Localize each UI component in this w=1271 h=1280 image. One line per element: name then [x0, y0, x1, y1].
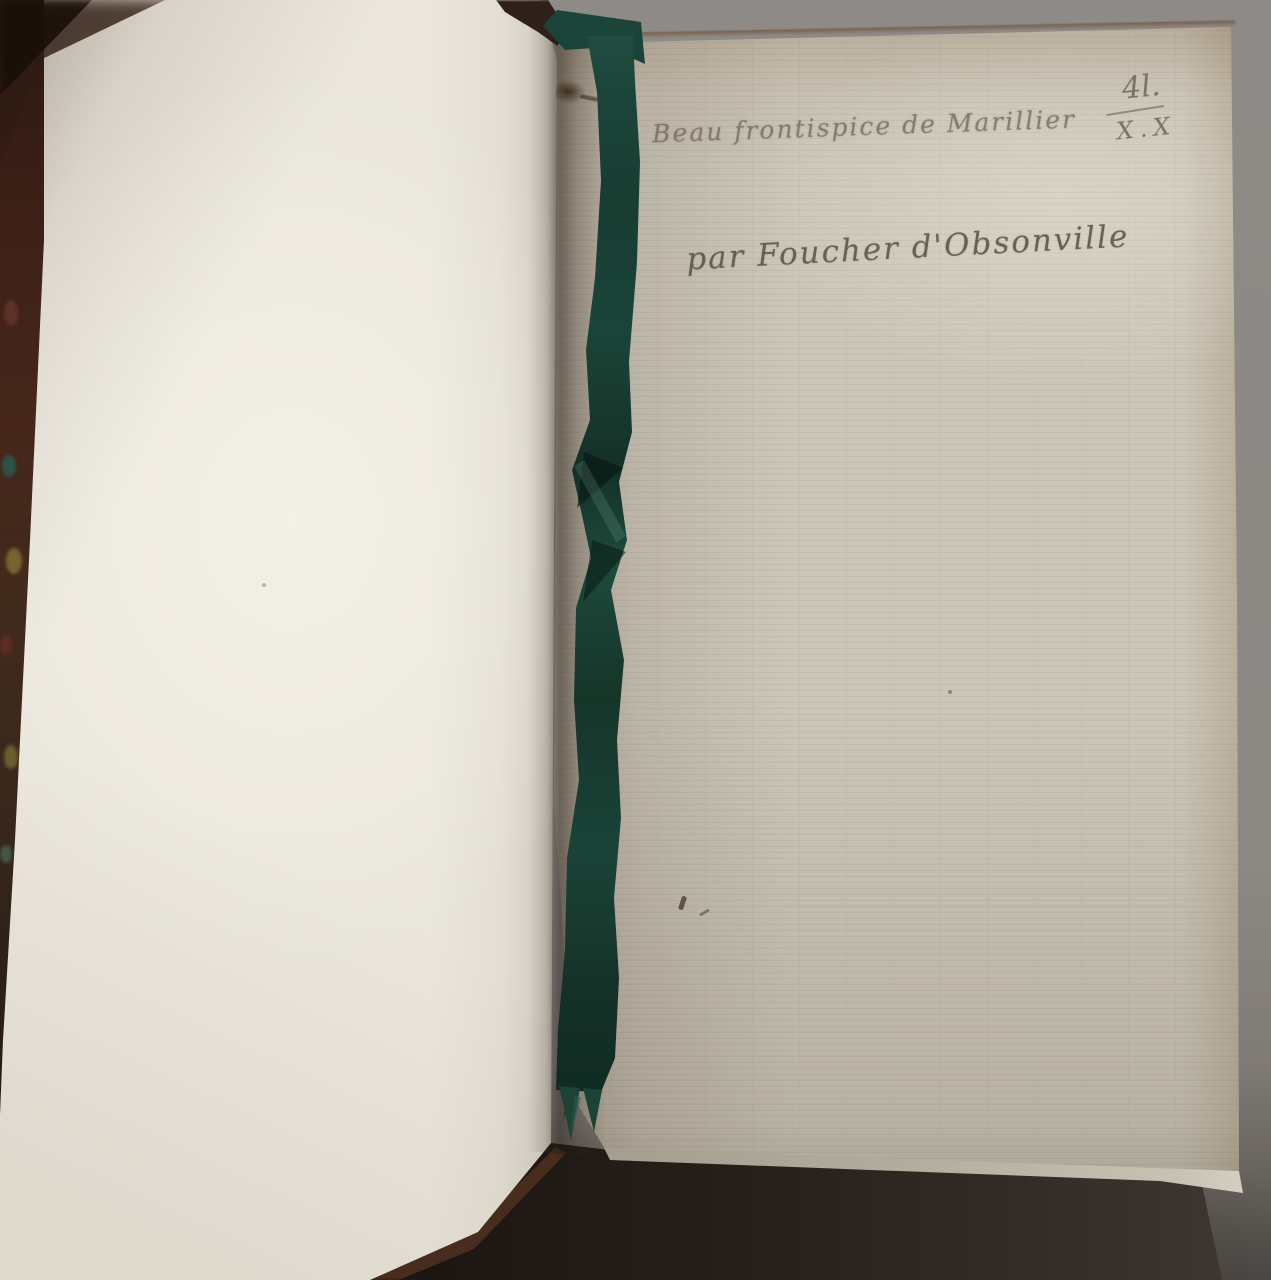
- ink-smudge: [554, 78, 587, 106]
- pencil-shelf-code: 4l. X.X: [1102, 67, 1177, 147]
- marble-speck: [4, 300, 18, 326]
- marble-speck: [0, 845, 12, 863]
- paper-fleck: [262, 583, 266, 587]
- antique-book-photo: Beau frontispice de Marillier par Fouche…: [0, 0, 1271, 1280]
- paper-fleck: [948, 690, 952, 694]
- marble-speck: [6, 548, 22, 574]
- marble-speck: [0, 635, 12, 655]
- shelf-code-numerator: 4l.: [1120, 67, 1173, 107]
- marble-speck: [4, 745, 18, 769]
- marble-speck: [2, 455, 16, 477]
